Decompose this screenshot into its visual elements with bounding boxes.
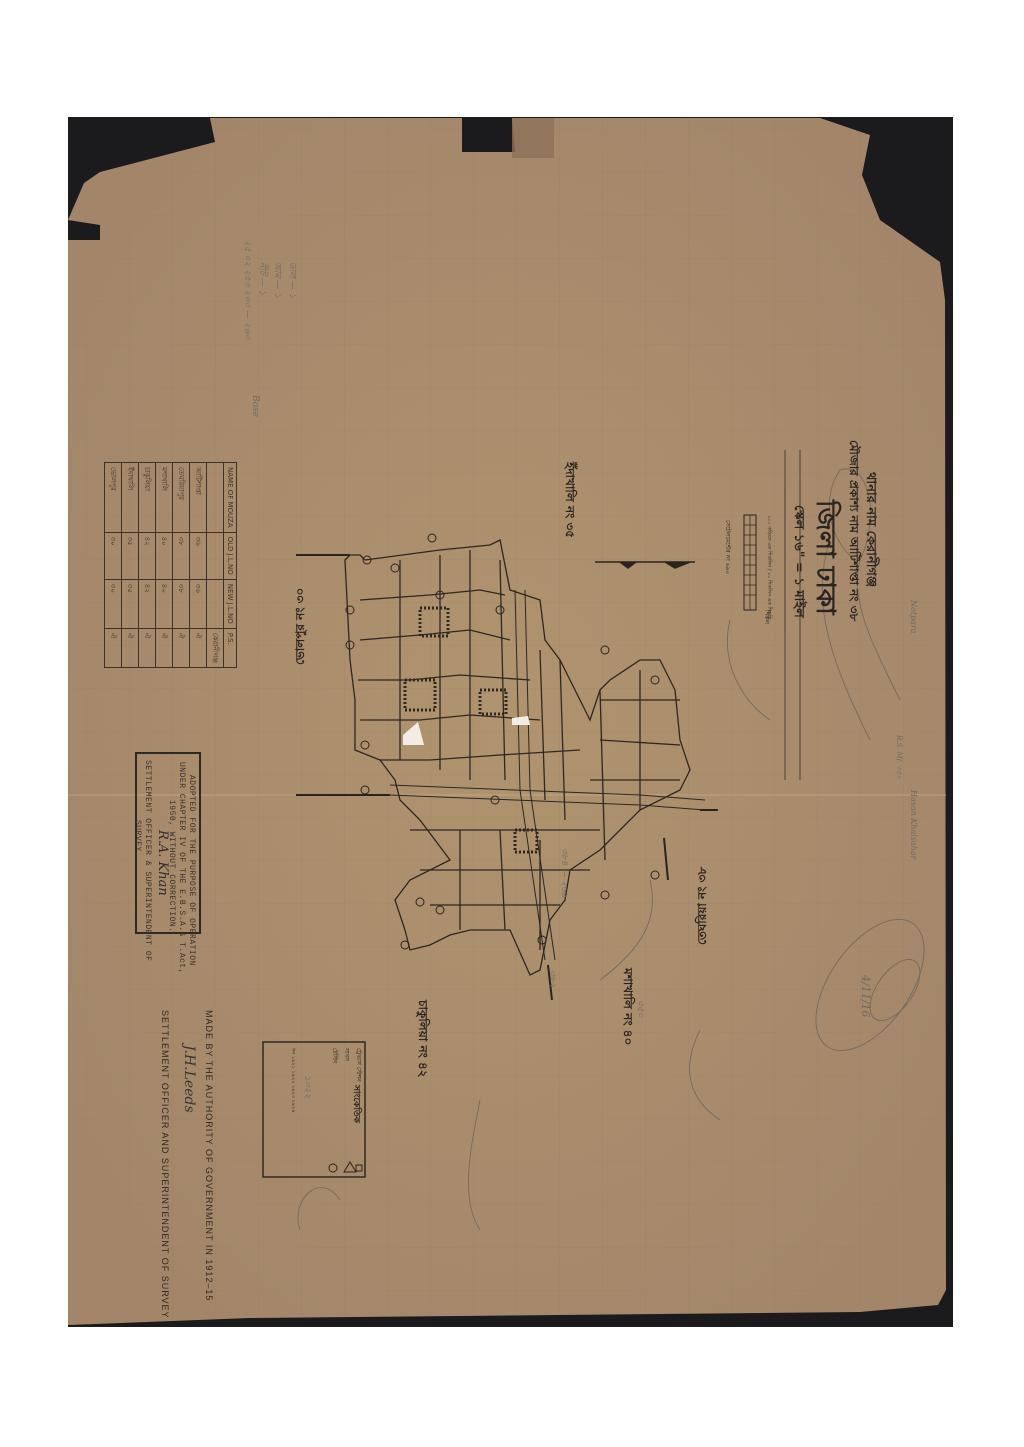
symbol-legend-item: ট্রেভার্স স্টেশন (353, 1048, 364, 1082)
adoption-footer2: SURVEY. (133, 820, 142, 857)
pencil-note: ডাল — ১ (285, 262, 300, 299)
table-row: ভোলপুর৩০৩০ঐ (105, 463, 122, 668)
adoption-line2: UNDER CHAPTER IV OF THE E.B.S.A.& T.Act, (177, 762, 186, 974)
title-thana: থানার নাম কেরানীগঞ্জ (859, 472, 880, 587)
boundary-south: চাকুলিয়া নং ৪২ (411, 1000, 431, 1078)
pencil-note: আম — ১ (270, 262, 285, 298)
table-row: আটিশাপ্তা৩৬৩৬ঐ (190, 463, 207, 668)
pencil-note: Notpara (909, 600, 918, 634)
circled-date: 4/11/16 (859, 975, 872, 1017)
table-row: ইঁদাখালি৩৫৩৫ঐ (122, 463, 139, 668)
pencil-note: নীট — ১ (255, 262, 270, 295)
symbol-legend-stamp: ১৩২২ (300, 1075, 315, 1098)
symbol-legend-item: টেস্টিং (329, 1048, 340, 1063)
adoption-footer1: SETTLEMENT OFFICER & SUPERINTENDENT OF (143, 760, 152, 961)
adoption-signature: R.A. Khan (155, 830, 170, 896)
pencil-note: Hasan Khalsahar (909, 790, 918, 859)
pencil-note: ৩৮৪ — ২৬৯ (557, 848, 572, 898)
table-header: NEW J.L.NO (224, 579, 237, 628)
symbol-legend-item: সাবস (341, 1048, 352, 1061)
table-row: চাকুলিয়া৪২৪২ঐ (139, 463, 156, 668)
pencil-note: ২৫ ০২ ২৫৩ ২৩০ — ২৬০ (240, 240, 255, 339)
table-header: OLD J.L.NO (224, 532, 237, 579)
table-header: NAME OF MOUZA (224, 463, 237, 533)
scale-footer-note: সেটেলমেন্টের নং ৬৯০ (722, 520, 733, 574)
authority-line1: MADE BY THE AUTHORITY OF GOVERNMENT IN 1… (204, 1010, 214, 1301)
title-scale: স্কেল ১৬" = ১ মাইল (787, 505, 808, 618)
table-header: P.S. (224, 628, 237, 667)
pencil-note: R.S. Mf. ৩৫০ (893, 735, 905, 779)
table-row: তেঘরিয়াপুর৩৮৩৮ঐ (173, 463, 190, 668)
mouza-table: NAME OF MOUZA OLD J.L.NO NEW J.L.NO P.S.… (104, 462, 237, 668)
scale-bar-label: শিকল (761, 610, 772, 624)
boundary-north: ইঁদাখালি নং ৩৫ (558, 462, 578, 538)
symbol-legend-title: সাংকেতিক (349, 1085, 364, 1123)
map-sheet (0, 0, 1024, 1447)
boundary-west: ভোলপুর নং ৩০ (292, 588, 312, 665)
ps-subheader: কেরানীগঞ্জ (207, 628, 224, 667)
authority-signature: J.H.Leeds (181, 1045, 197, 1113)
boundary-east: তেঘরিয়া নং ৩৮ (694, 867, 714, 945)
symbol-legend-footer: সন ১৯২১ ১৯২২ ১৯২৩ ১৯২৪ (288, 1048, 296, 1113)
authority-line2: SETTLEMENT OFFICER AND SUPERINTENDENT OF… (160, 1010, 170, 1319)
pencil-note: ৩৫০ (633, 1000, 648, 1018)
adoption-line1: ADOPTED FOR THE PURPOSE OF OPERATION (187, 775, 196, 966)
title-district: জিলা ঢাকা (802, 500, 846, 615)
table-row: মশাখালি৪০৪০ঐ (156, 463, 173, 668)
scale-note: ১০০ কড়িতে এক শিকলিন / ১০ শিকলিন এক শিকল… (764, 515, 772, 620)
pencil-note: Bose (250, 395, 260, 417)
pencil-note: ৩৮২ (545, 970, 560, 988)
